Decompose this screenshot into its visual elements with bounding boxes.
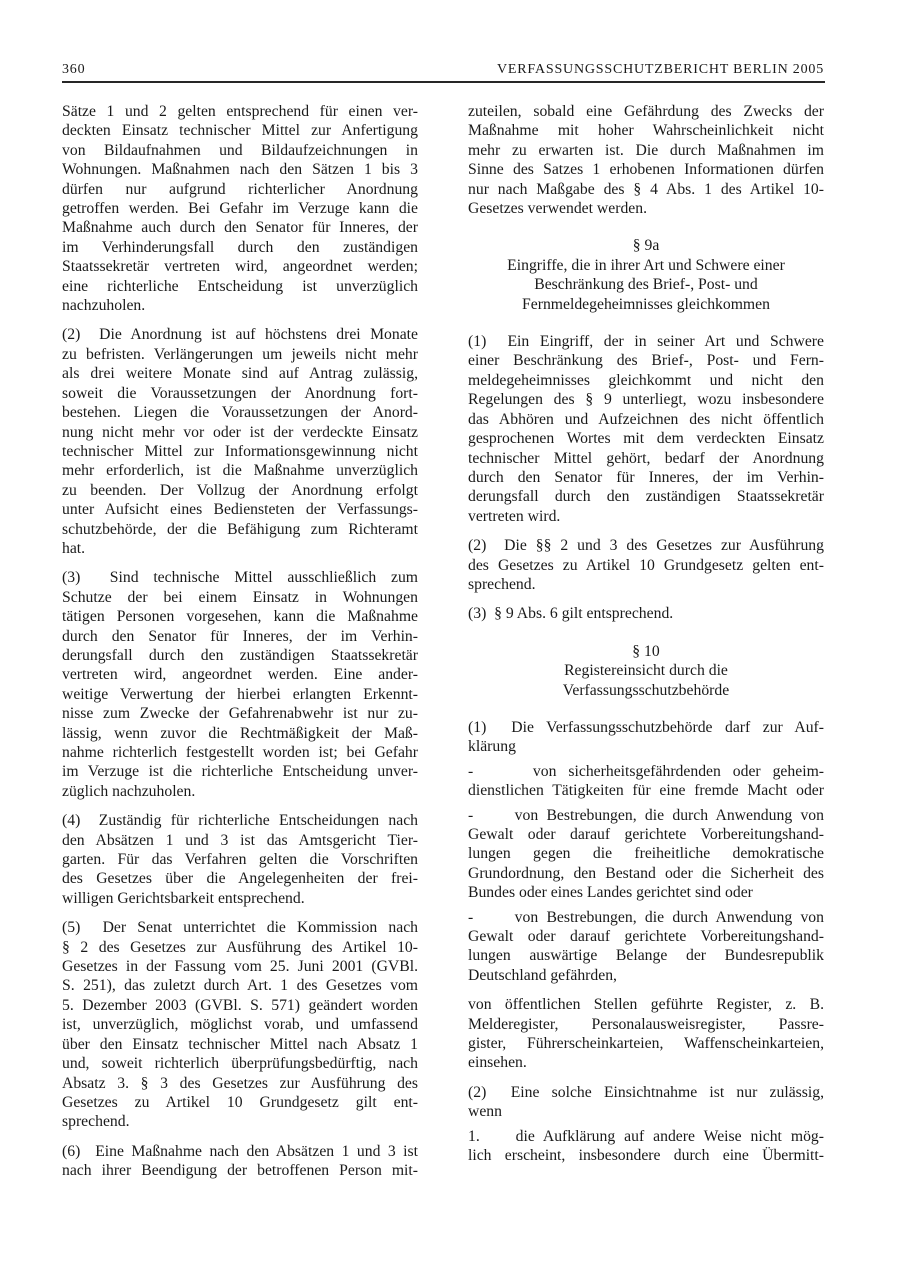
document-page: 360 VERFASSUNGSSCHUTZBERICHT BERLIN 2005… — [0, 0, 900, 1273]
text-line: nach ihrer Beendigung der betroffenen Pe… — [62, 1161, 418, 1180]
text-line: S. 251), das zuletzt durch Art. 1 des Ge… — [62, 976, 418, 995]
text-columns: Sätze 1 und 2 gelten entsprechend für ei… — [62, 102, 824, 1181]
text-line: Bundes oder eines Landes gerichtet sind … — [468, 883, 824, 902]
left-column: Sätze 1 und 2 gelten entsprechend für ei… — [62, 102, 418, 1181]
text-line: zuteilen, sobald eine Gefährdung des Zwe… — [468, 102, 824, 121]
text-line: eine richterliche Entscheidung ist unver… — [62, 277, 418, 296]
text-line: Absatz 3. § 3 des Gesetzes zur Ausführun… — [62, 1074, 418, 1093]
page-number: 360 — [62, 62, 85, 78]
text-line: Registereinsicht durch die — [468, 661, 824, 680]
text-line: zu beenden. Der Vollzug der Anordnung er… — [62, 481, 418, 500]
text-line: derungsfall durch den zuständigen Staats… — [468, 487, 824, 506]
text-line: Gewalt oder darauf gerichtete Vorbereitu… — [468, 825, 824, 844]
text-line: als drei weitere Monate sind auf Antrag … — [62, 364, 418, 383]
text-line: Gewalt oder darauf gerichtete Vorbereitu… — [468, 927, 824, 946]
text-block: von öffentlichen Stellen geführte Regist… — [468, 995, 824, 1073]
text-line: schutzbehörde, der die Befähigung zum Ri… — [62, 520, 418, 539]
text-line: Schutze der bei einem Einsatz in Wohnung… — [62, 588, 418, 607]
text-block: (4) Zuständig für richterliche Entscheid… — [62, 811, 418, 908]
text-line: bestehen. Liegen die Voraussetzungen der… — [62, 403, 418, 422]
text-line: Beschränkung des Brief-, Post- und — [468, 275, 824, 294]
section-heading: § 9aEingriffe, die in ihrer Art und Schw… — [468, 236, 824, 314]
text-line: mehr zu erwarten ist. Die durch Maßnahme… — [468, 141, 824, 160]
text-line: Sätze 1 und 2 gelten entsprechend für ei… — [62, 102, 418, 121]
text-block: (3) Sind technische Mittel ausschließlic… — [62, 568, 418, 801]
text-line: derungsfall durch den zuständigen Staats… — [62, 646, 418, 665]
text-line: (1) Ein Eingriff, der in seiner Art und … — [468, 332, 824, 351]
text-block: (6) Eine Maßnahme nach den Absätzen 1 un… — [62, 1142, 418, 1181]
text-line: dienstlichen Tätigkeiten für eine fremde… — [468, 781, 824, 800]
text-line: technischer Mittel zur Informationsgewin… — [62, 442, 418, 461]
text-line: Grundordnung, den Bestand oder die Siche… — [468, 864, 824, 883]
text-block: - von sicherheitsgefährdenden oder gehei… — [468, 762, 824, 801]
text-block: 1. die Aufklärung auf andere Weise nicht… — [468, 1127, 824, 1166]
text-block: (3) § 9 Abs. 6 gilt entsprechend. — [468, 604, 824, 623]
text-line: 1. die Aufklärung auf andere Weise nicht… — [468, 1127, 824, 1146]
text-line: im Verzuge ist die richterliche Entschei… — [62, 762, 418, 781]
text-line: Fernmeldegeheimnisses gleichkommen — [468, 295, 824, 314]
text-line: einer Beschränkung des Brief-, Post- und… — [468, 351, 824, 370]
text-block: (2) Die §§ 2 und 3 des Gesetzes zur Ausf… — [468, 536, 824, 594]
text-line: des Gesetzes über die Angelegenheiten de… — [62, 869, 418, 888]
text-line: 5. Dezember 2003 (GVBl. S. 571) geändert… — [62, 996, 418, 1015]
text-line: hat. — [62, 539, 418, 558]
text-line: - von sicherheitsgefährdenden oder gehei… — [468, 762, 824, 781]
text-line: zu befristen. Verlängerungen um jeweils … — [62, 345, 418, 364]
text-line: dürfen nur aufgrund richterlicher Anordn… — [62, 180, 418, 199]
text-line: Verfassungsschutzbehörde — [468, 681, 824, 700]
text-line: den Absätzen 1 und 3 ist das Amtsgericht… — [62, 831, 418, 850]
text-line: willigen Gerichtsbarkeit entsprechend. — [62, 889, 418, 908]
text-line: (3) § 9 Abs. 6 gilt entsprechend. — [468, 604, 824, 623]
text-line: vertreten wird, angeordnet werden. Eine … — [62, 665, 418, 684]
text-line: sprechend. — [468, 575, 824, 594]
text-line: unter Aufsicht eines Bediensteten der Ve… — [62, 500, 418, 519]
text-line: einsehen. — [468, 1053, 824, 1072]
text-line: im Verhinderungsfall durch den zuständig… — [62, 238, 418, 257]
text-block: - von Bestrebungen, die durch Anwendung … — [468, 806, 824, 903]
text-line: (2) Die §§ 2 und 3 des Gesetzes zur Ausf… — [468, 536, 824, 555]
text-line: technischer Mittel gehört, bedarf der An… — [468, 449, 824, 468]
text-line: nahme richterlich festgestellt worden is… — [62, 743, 418, 762]
text-line: § 9a — [468, 236, 824, 255]
text-line: klärung — [468, 737, 824, 756]
text-line: mehr erforderlich, ist die Maßnahme unve… — [62, 461, 418, 480]
text-line: ist, unverzüglich, möglichst vorab, und … — [62, 1015, 418, 1034]
right-column: zuteilen, sobald eine Gefährdung des Zwe… — [468, 102, 824, 1181]
text-line: Maßnahme auch durch den Senator für Inne… — [62, 218, 418, 237]
text-line: (2) Die Anordnung ist auf höchstens drei… — [62, 325, 418, 344]
text-line: lich erscheint, insbesondere durch eine … — [468, 1146, 824, 1165]
text-line: lässig, wenn zuvor die Rechtmäßigkeit de… — [62, 724, 418, 743]
text-line: nachzuholen. — [62, 296, 418, 315]
text-line: von Bildaufnahmen und Bildaufzeichnungen… — [62, 141, 418, 160]
text-line: Eingriffe, die in ihrer Art und Schwere … — [468, 256, 824, 275]
text-block: (1) Ein Eingriff, der in seiner Art und … — [468, 332, 824, 526]
text-line: § 10 — [468, 642, 824, 661]
text-line: Sinne des Satzes 1 erhobenen Information… — [468, 160, 824, 179]
text-line: Gesetzes in der Fassung vom 25. Juni 200… — [62, 957, 418, 976]
text-line: soweit die Voraussetzungen der Anordnung… — [62, 384, 418, 403]
text-line: nur nach Maßgabe des § 4 Abs. 1 des Arti… — [468, 180, 824, 199]
text-line: Deutschland gefährden, — [468, 966, 824, 985]
text-line: nisse zum Zwecke der Gefahrenabwehr ist … — [62, 704, 418, 723]
text-block: (2) Eine solche Einsichtnahme ist nur zu… — [468, 1083, 824, 1122]
text-line: Staatssekretär vertreten wird, angeordne… — [62, 257, 418, 276]
text-line: des Gesetzes zu Artikel 10 Grundgesetz g… — [468, 556, 824, 575]
text-line: und, soweit richterlich überprüfungsbedü… — [62, 1054, 418, 1073]
text-line: (2) Eine solche Einsichtnahme ist nur zu… — [468, 1083, 824, 1102]
text-line: (3) Sind technische Mittel ausschließlic… — [62, 568, 418, 587]
text-line: § 2 des Gesetzes zur Ausführung des Arti… — [62, 938, 418, 957]
text-line: (5) Der Senat unterrichtet die Kommissio… — [62, 918, 418, 937]
text-block: (1) Die Verfassungsschutzbehörde darf zu… — [468, 718, 824, 757]
header-rule — [62, 81, 825, 83]
text-line: vertreten wird. — [468, 507, 824, 526]
text-line: getroffen werden. Bei Gefahr im Verzuge … — [62, 199, 418, 218]
text-line: - von Bestrebungen, die durch Anwendung … — [468, 908, 824, 927]
text-line: nung nicht mehr vor oder ist der verdeck… — [62, 423, 418, 442]
text-line: meldegeheimnisses gleichkommt und nicht … — [468, 371, 824, 390]
text-line: von öffentlichen Stellen geführte Regist… — [468, 995, 824, 1014]
text-line: durch den Senator für Inneres, der im Ve… — [62, 627, 418, 646]
text-line: weitige Verwertung der hierbei erlangten… — [62, 685, 418, 704]
text-line: über den Einsatz technischer Mittel nach… — [62, 1035, 418, 1054]
text-line: Melderegister, Personalausweisregister, … — [468, 1015, 824, 1034]
section-heading: § 10Registereinsicht durch dieVerfassung… — [468, 642, 824, 700]
text-line: - von Bestrebungen, die durch Anwendung … — [468, 806, 824, 825]
text-block: (5) Der Senat unterrichtet die Kommissio… — [62, 918, 418, 1131]
text-line: züglich nachzuholen. — [62, 782, 418, 801]
text-block: (2) Die Anordnung ist auf höchstens drei… — [62, 325, 418, 558]
text-line: durch den Senator für Inneres, der im Ve… — [468, 468, 824, 487]
text-line: gesprochenen Wortes mit dem verdeckten E… — [468, 429, 824, 448]
header-title: VERFASSUNGSSCHUTZBERICHT BERLIN 2005 — [497, 62, 824, 78]
text-line: deckten Einsatz technischer Mittel zur A… — [62, 121, 418, 140]
text-line: gister, Führerscheinkarteien, Waffensche… — [468, 1034, 824, 1053]
page-header: 360 VERFASSUNGSSCHUTZBERICHT BERLIN 2005 — [62, 62, 824, 78]
text-block: Sätze 1 und 2 gelten entsprechend für ei… — [62, 102, 418, 315]
text-block: - von Bestrebungen, die durch Anwendung … — [468, 908, 824, 986]
text-line: lungen gegen die freiheitliche demokrati… — [468, 844, 824, 863]
text-line: sprechend. — [62, 1112, 418, 1131]
text-line: (4) Zuständig für richterliche Entscheid… — [62, 811, 418, 830]
text-line: Wohnungen. Maßnahmen nach den Sätzen 1 b… — [62, 160, 418, 179]
text-line: Regelungen des § 9 unterliegt, wozu insb… — [468, 390, 824, 409]
text-line: Maßnahme mit hoher Wahrscheinlichkeit ni… — [468, 121, 824, 140]
text-line: tätigen Personen vorgesehen, kann die Ma… — [62, 607, 418, 626]
text-line: Gesetzes zu Artikel 10 Grundgesetz gilt … — [62, 1093, 418, 1112]
text-block: zuteilen, sobald eine Gefährdung des Zwe… — [468, 102, 824, 218]
text-line: garten. Für das Verfahren gelten die Vor… — [62, 850, 418, 869]
text-line: (6) Eine Maßnahme nach den Absätzen 1 un… — [62, 1142, 418, 1161]
text-line: wenn — [468, 1102, 824, 1121]
text-line: lungen auswärtige Belange der Bundesrepu… — [468, 946, 824, 965]
text-line: Gesetzes verwendet werden. — [468, 199, 824, 218]
text-line: das Abhören und Aufzeichnen des nicht öf… — [468, 410, 824, 429]
text-line: (1) Die Verfassungsschutzbehörde darf zu… — [468, 718, 824, 737]
